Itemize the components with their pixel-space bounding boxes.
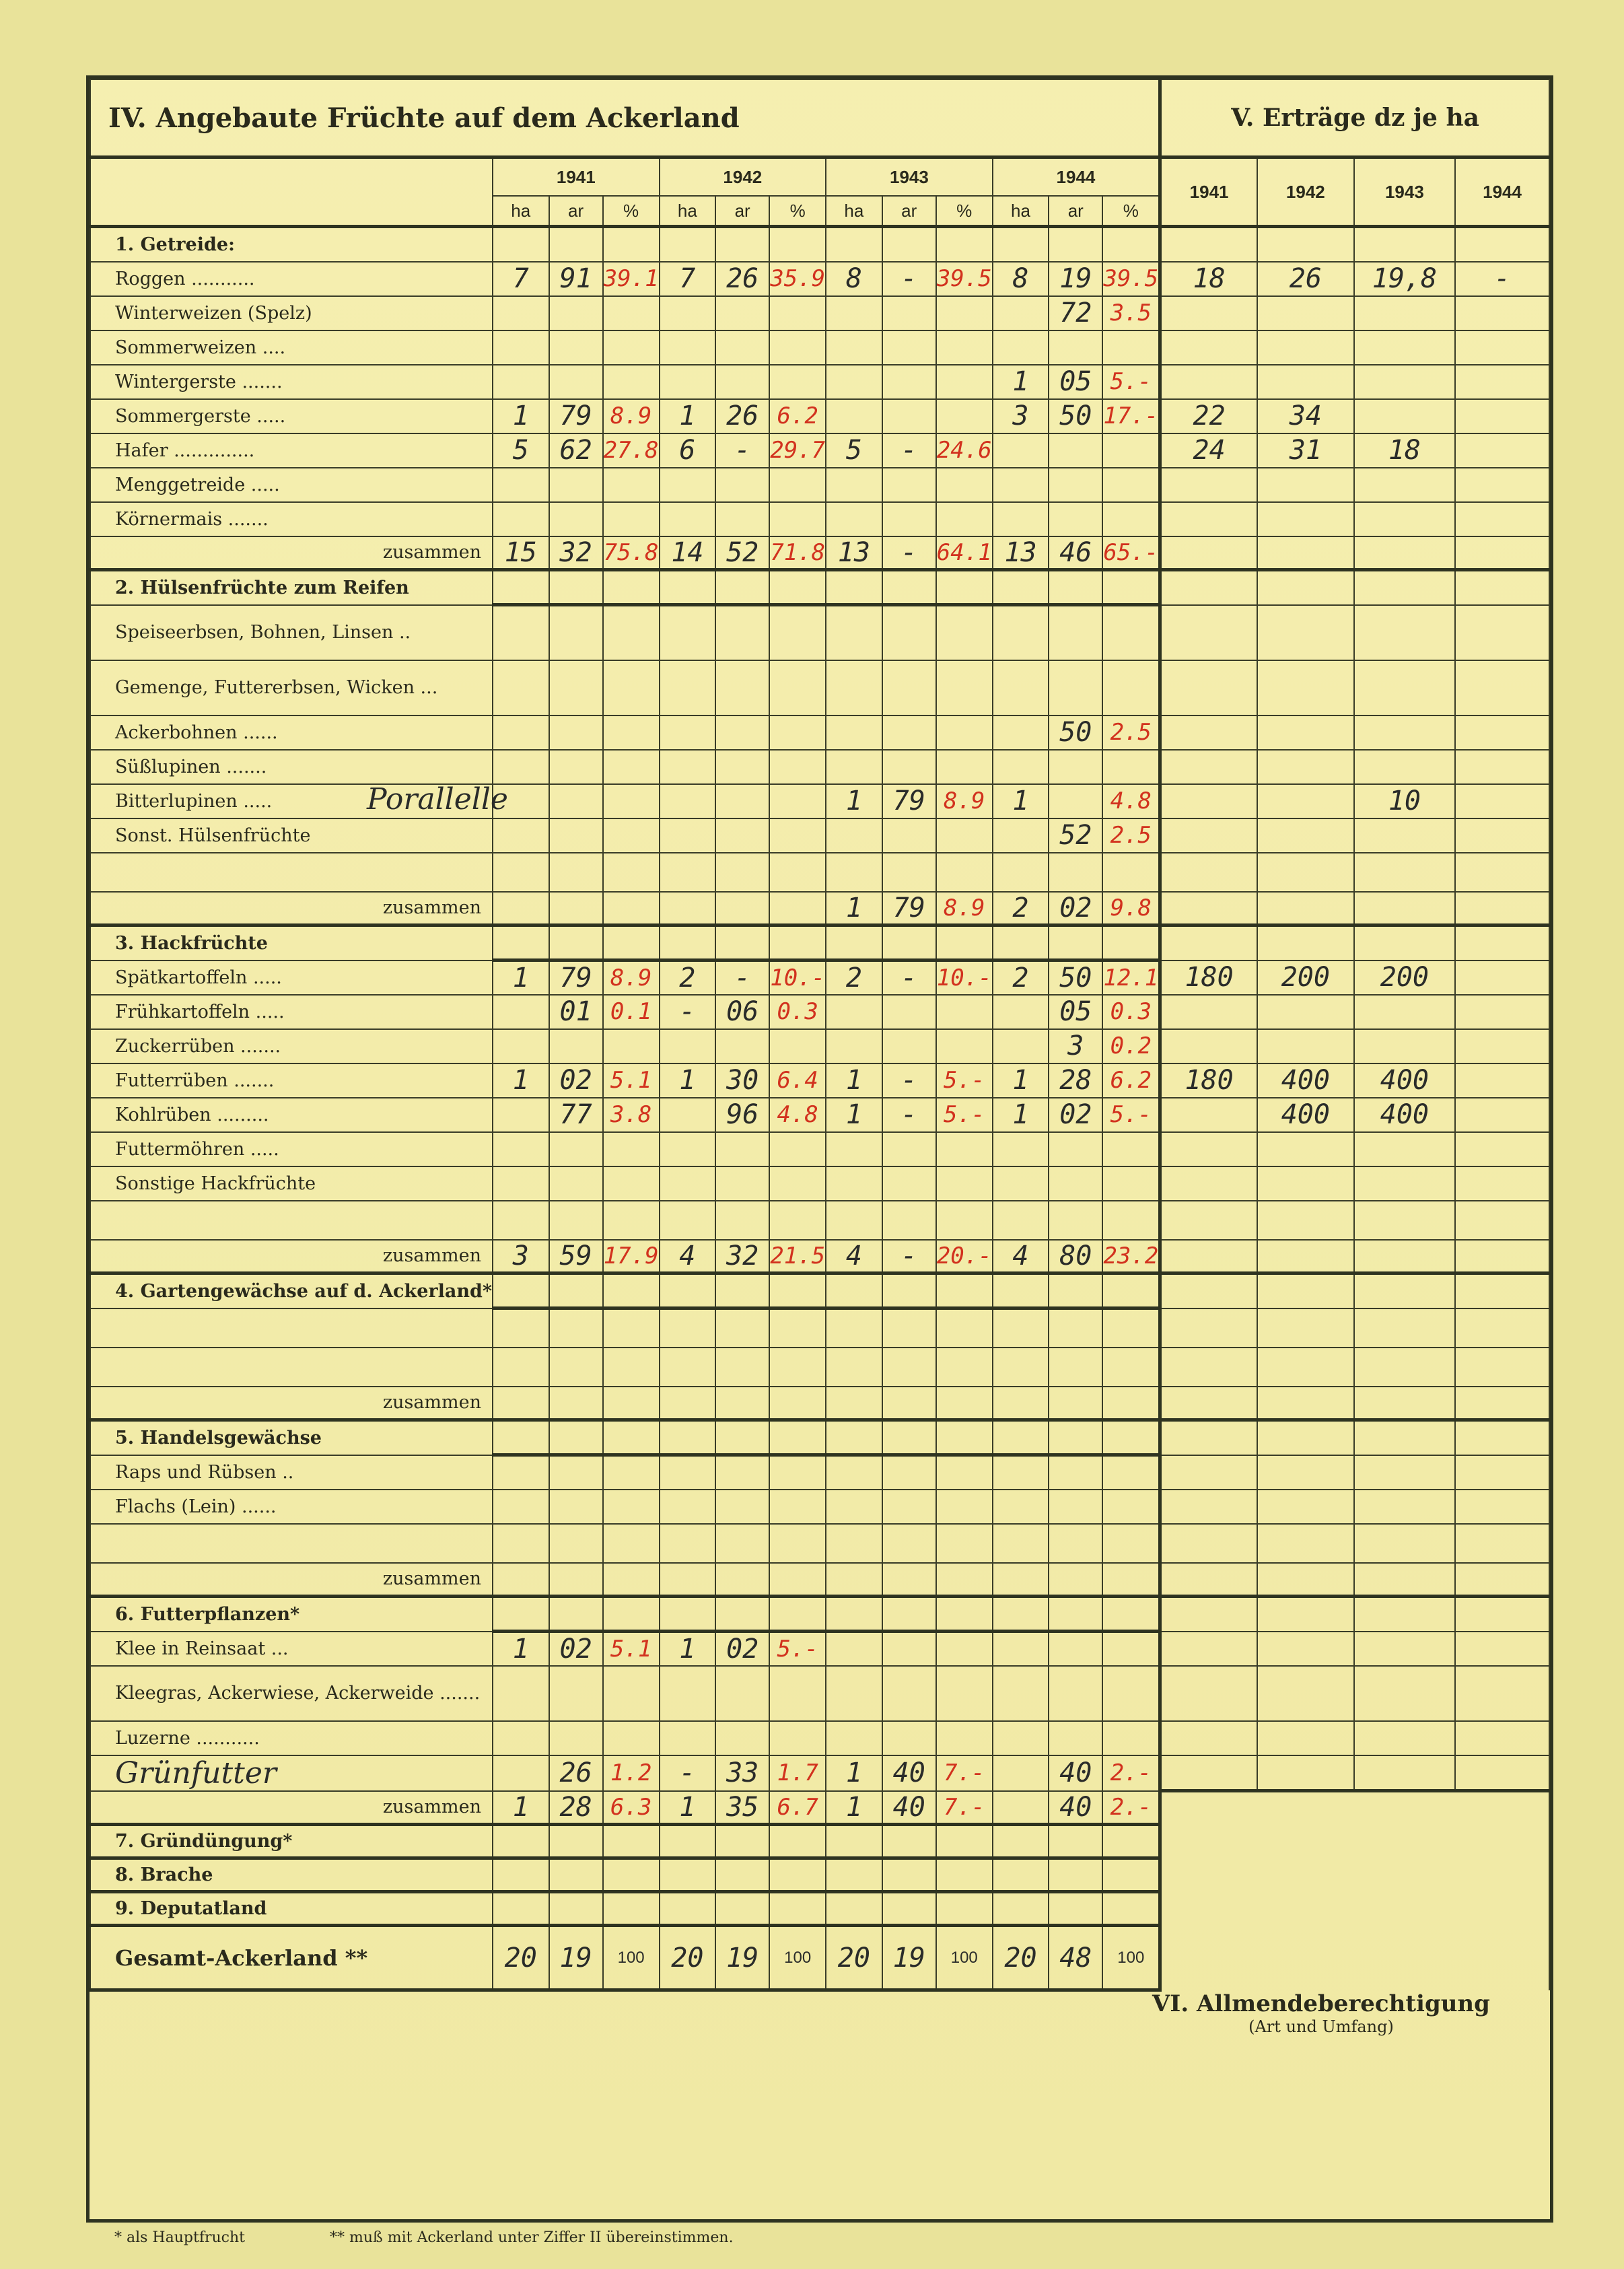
cell-1942-pct[interactable] — [769, 1201, 826, 1240]
cell-1944-ar[interactable] — [1049, 1721, 1102, 1755]
cell-1942-pct[interactable]: 4.8 — [769, 1098, 826, 1132]
cell-1944-ha[interactable] — [993, 995, 1049, 1029]
cell-1941-ar[interactable] — [549, 818, 603, 853]
yield-cell-1941[interactable] — [1160, 365, 1257, 399]
cell-1944-ha[interactable] — [993, 853, 1049, 892]
cell-1941-pct[interactable] — [603, 1892, 660, 1926]
cell-1941-pct[interactable] — [603, 1858, 660, 1892]
cell-1941-ar[interactable] — [549, 1892, 603, 1926]
cell-1942-ha[interactable]: 14 — [660, 536, 716, 570]
cell-1941-pct[interactable] — [603, 715, 660, 750]
cell-1942-pct[interactable] — [769, 605, 826, 660]
cell-1942-ha[interactable]: 1 — [660, 399, 716, 433]
cell-1943-pct[interactable] — [936, 1632, 993, 1666]
yield-cell-1942[interactable]: 200 — [1257, 961, 1354, 995]
cell-1944-pct[interactable]: 4.8 — [1102, 784, 1160, 818]
cell-1943-ha[interactable]: 1 — [826, 1755, 882, 1791]
cell-1943-ar[interactable] — [882, 853, 936, 892]
cell-1942-pct[interactable]: 21.5 — [769, 1240, 826, 1273]
cell-1943-ha[interactable] — [826, 296, 882, 330]
cell-1941-ha[interactable] — [493, 1308, 549, 1348]
cell-1942-pct[interactable]: 5.- — [769, 1632, 826, 1666]
cell-1942-ha[interactable] — [660, 1666, 716, 1721]
cell-1943-ha[interactable] — [826, 365, 882, 399]
cell-1942-ha[interactable] — [660, 1825, 716, 1858]
cell-1944-ar[interactable] — [1049, 1632, 1102, 1666]
cell-1943-pct[interactable] — [936, 1825, 993, 1858]
cell-1943-ar[interactable] — [882, 1597, 936, 1632]
cell-1944-ar[interactable] — [1049, 1348, 1102, 1387]
cell-1942-pct[interactable] — [769, 1524, 826, 1563]
cell-1942-ha[interactable] — [660, 1524, 716, 1563]
cell-1944-pct[interactable] — [1102, 570, 1160, 605]
cell-1944-ar[interactable]: 46 — [1049, 536, 1102, 570]
cell-1944-pct[interactable] — [1102, 926, 1160, 961]
cell-1942-ar[interactable] — [715, 296, 769, 330]
yield-cell-1944[interactable] — [1455, 1721, 1549, 1755]
cell-1943-pct[interactable] — [936, 1387, 993, 1420]
yield-cell-1943[interactable] — [1354, 1029, 1455, 1063]
cell-1943-ar[interactable] — [882, 1420, 936, 1455]
cell-1942-pct[interactable] — [769, 365, 826, 399]
cell-1941-ha[interactable] — [493, 1420, 549, 1455]
yield-cell-1944[interactable] — [1455, 1132, 1549, 1166]
cell-1941-ha[interactable] — [493, 1858, 549, 1892]
cell-1943-ha[interactable]: 1 — [826, 1791, 882, 1825]
cell-1941-ar[interactable] — [549, 1420, 603, 1455]
cell-1943-pct[interactable] — [936, 468, 993, 502]
cell-1943-ar[interactable]: - — [882, 262, 936, 296]
cell-1941-ar[interactable] — [549, 296, 603, 330]
yield-cell-1944[interactable] — [1455, 892, 1549, 926]
cell-1943-ar[interactable]: 19 — [882, 1926, 936, 1990]
cell-1943-ar[interactable] — [882, 1490, 936, 1524]
yield-cell-1943[interactable] — [1354, 1166, 1455, 1201]
cell-1944-ar[interactable] — [1049, 1524, 1102, 1563]
cell-1942-ha[interactable] — [660, 926, 716, 961]
cell-1943-pct[interactable] — [936, 1721, 993, 1755]
yield-cell-1943[interactable] — [1354, 892, 1455, 926]
yield-cell-1941[interactable] — [1160, 1632, 1257, 1666]
cell-1941-ar[interactable]: 91 — [549, 262, 603, 296]
cell-1943-ar[interactable]: 79 — [882, 892, 936, 926]
cell-1942-ar[interactable] — [715, 660, 769, 715]
cell-1941-ha[interactable] — [493, 1132, 549, 1166]
cell-1943-ha[interactable]: 20 — [826, 1926, 882, 1990]
cell-1944-pct[interactable]: 5.- — [1102, 365, 1160, 399]
cell-1942-ar[interactable] — [715, 1387, 769, 1420]
cell-1942-ha[interactable] — [660, 296, 716, 330]
cell-1942-pct[interactable] — [769, 715, 826, 750]
cell-1944-pct[interactable]: 3.5 — [1102, 296, 1160, 330]
cell-1942-ha[interactable] — [660, 570, 716, 605]
cell-1942-ar[interactable] — [715, 1455, 769, 1490]
cell-1943-ar[interactable] — [882, 1666, 936, 1721]
cell-1944-pct[interactable] — [1102, 1563, 1160, 1597]
cell-1941-ha[interactable] — [493, 330, 549, 365]
cell-1943-ha[interactable] — [826, 1524, 882, 1563]
cell-1944-ha[interactable] — [993, 1029, 1049, 1063]
cell-1942-ar[interactable] — [715, 330, 769, 365]
yield-cell-1943[interactable] — [1354, 1455, 1455, 1490]
cell-1941-ar[interactable]: 02 — [549, 1063, 603, 1098]
cell-1942-ar[interactable] — [715, 892, 769, 926]
cell-1944-pct[interactable]: 9.8 — [1102, 892, 1160, 926]
cell-1943-ha[interactable] — [826, 1721, 882, 1755]
yield-cell-1942[interactable] — [1257, 536, 1354, 570]
yield-cell-1941[interactable] — [1160, 1490, 1257, 1524]
cell-1942-ha[interactable]: 1 — [660, 1632, 716, 1666]
cell-1944-pct[interactable]: 65.- — [1102, 536, 1160, 570]
yield-cell-1941[interactable] — [1160, 1455, 1257, 1490]
cell-1944-pct[interactable] — [1102, 1273, 1160, 1308]
cell-1943-pct[interactable]: 8.9 — [936, 784, 993, 818]
cell-1942-ar[interactable]: 19 — [715, 1926, 769, 1990]
yield-cell-1941[interactable] — [1160, 330, 1257, 365]
yield-cell-1944[interactable] — [1455, 365, 1549, 399]
cell-1941-ha[interactable]: 1 — [493, 1791, 549, 1825]
yield-cell-1943[interactable] — [1354, 605, 1455, 660]
cell-1941-ar[interactable]: 77 — [549, 1098, 603, 1132]
cell-1942-pct[interactable] — [769, 1858, 826, 1892]
cell-1942-ha[interactable]: 2 — [660, 961, 716, 995]
cell-1941-ar[interactable] — [549, 1201, 603, 1240]
yield-cell-1944[interactable] — [1455, 784, 1549, 818]
cell-1943-ha[interactable] — [826, 227, 882, 262]
cell-1942-ha[interactable] — [660, 1892, 716, 1926]
yield-cell-1942[interactable] — [1257, 1273, 1354, 1308]
cell-1944-ar[interactable] — [1049, 1892, 1102, 1926]
cell-1943-pct[interactable] — [936, 227, 993, 262]
yield-cell-1942[interactable] — [1257, 1201, 1354, 1240]
cell-1941-ar[interactable] — [549, 227, 603, 262]
yield-cell-1943[interactable] — [1354, 399, 1455, 433]
yield-cell-1944[interactable] — [1455, 1563, 1549, 1597]
yield-cell-1943[interactable] — [1354, 1524, 1455, 1563]
cell-1944-ar[interactable]: 28 — [1049, 1063, 1102, 1098]
yield-cell-1942[interactable] — [1257, 1490, 1354, 1524]
cell-1944-ha[interactable] — [993, 1825, 1049, 1858]
cell-1944-pct[interactable]: 2.5 — [1102, 818, 1160, 853]
cell-1942-ar[interactable] — [715, 1308, 769, 1348]
cell-1944-ha[interactable]: 3 — [993, 399, 1049, 433]
cell-1944-pct[interactable] — [1102, 660, 1160, 715]
cell-1943-ar[interactable] — [882, 1132, 936, 1166]
cell-1941-pct[interactable]: 39.1 — [603, 262, 660, 296]
cell-1941-ha[interactable] — [493, 227, 549, 262]
cell-1944-ar[interactable]: 19 — [1049, 262, 1102, 296]
cell-1942-pct[interactable] — [769, 1348, 826, 1387]
cell-1943-ar[interactable] — [882, 715, 936, 750]
cell-1941-pct[interactable] — [603, 296, 660, 330]
cell-1942-ha[interactable] — [660, 1273, 716, 1308]
cell-1943-ha[interactable]: 1 — [826, 892, 882, 926]
yield-cell-1942[interactable]: 400 — [1257, 1098, 1354, 1132]
cell-1943-ha[interactable] — [826, 1348, 882, 1387]
cell-1942-ar[interactable] — [715, 926, 769, 961]
cell-1941-pct[interactable] — [603, 1455, 660, 1490]
cell-1943-pct[interactable] — [936, 365, 993, 399]
yield-cell-1944[interactable] — [1455, 1420, 1549, 1455]
cell-1941-ar[interactable] — [549, 1273, 603, 1308]
cell-1941-ha[interactable] — [493, 892, 549, 926]
yield-cell-1941[interactable] — [1160, 296, 1257, 330]
yield-cell-1941[interactable] — [1160, 660, 1257, 715]
cell-1944-ar[interactable] — [1049, 1666, 1102, 1721]
yield-cell-1942[interactable] — [1257, 750, 1354, 784]
cell-1941-pct[interactable] — [603, 468, 660, 502]
yield-cell-1943[interactable]: 400 — [1354, 1063, 1455, 1098]
cell-1941-ha[interactable] — [493, 1387, 549, 1420]
cell-1944-pct[interactable]: 2.- — [1102, 1791, 1160, 1825]
cell-1944-ha[interactable] — [993, 1308, 1049, 1348]
yield-cell-1943[interactable] — [1354, 1348, 1455, 1387]
cell-1942-ha[interactable] — [660, 1348, 716, 1387]
cell-1944-pct[interactable] — [1102, 1201, 1160, 1240]
yield-cell-1943[interactable] — [1354, 715, 1455, 750]
cell-1942-pct[interactable] — [769, 1721, 826, 1755]
cell-1941-pct[interactable] — [603, 1490, 660, 1524]
cell-1942-ar[interactable] — [715, 1563, 769, 1597]
yield-cell-1943[interactable] — [1354, 1666, 1455, 1721]
cell-1942-ha[interactable]: 4 — [660, 1240, 716, 1273]
yield-cell-1942[interactable]: 34 — [1257, 399, 1354, 433]
cell-1941-ha[interactable]: 1 — [493, 961, 549, 995]
cell-1943-ar[interactable] — [882, 399, 936, 433]
yield-cell-1944[interactable] — [1455, 502, 1549, 536]
cell-1941-ar[interactable]: 01 — [549, 995, 603, 1029]
cell-1944-ha[interactable] — [993, 296, 1049, 330]
cell-1944-ar[interactable] — [1049, 227, 1102, 262]
cell-1941-ha[interactable] — [493, 1348, 549, 1387]
cell-1941-ar[interactable] — [549, 1563, 603, 1597]
yield-cell-1944[interactable] — [1455, 715, 1549, 750]
cell-1944-ar[interactable]: 48 — [1049, 1926, 1102, 1990]
cell-1942-ar[interactable] — [715, 1666, 769, 1721]
cell-1944-ar[interactable] — [1049, 1273, 1102, 1308]
cell-1944-pct[interactable] — [1102, 1524, 1160, 1563]
cell-1944-ha[interactable] — [993, 605, 1049, 660]
yield-cell-1941[interactable] — [1160, 1240, 1257, 1273]
cell-1941-pct[interactable]: 8.9 — [603, 961, 660, 995]
cell-1943-ar[interactable]: 79 — [882, 784, 936, 818]
cell-1944-pct[interactable]: 6.2 — [1102, 1063, 1160, 1098]
cell-1942-pct[interactable] — [769, 1420, 826, 1455]
cell-1944-ha[interactable] — [993, 1132, 1049, 1166]
cell-1943-pct[interactable] — [936, 1858, 993, 1892]
cell-1941-pct[interactable] — [603, 1825, 660, 1858]
cell-1943-pct[interactable] — [936, 1455, 993, 1490]
yield-cell-1943[interactable] — [1354, 1308, 1455, 1348]
cell-1942-pct[interactable] — [769, 570, 826, 605]
cell-1943-ha[interactable]: 5 — [826, 433, 882, 468]
cell-1943-ar[interactable] — [882, 995, 936, 1029]
cell-1944-ar[interactable] — [1049, 570, 1102, 605]
yield-cell-1944[interactable] — [1455, 1029, 1549, 1063]
cell-1943-pct[interactable] — [936, 1524, 993, 1563]
cell-1943-ar[interactable] — [882, 1524, 936, 1563]
cell-1944-ar[interactable]: 50 — [1049, 399, 1102, 433]
cell-1942-pct[interactable]: 6.4 — [769, 1063, 826, 1098]
cell-1943-ha[interactable]: 1 — [826, 784, 882, 818]
cell-1941-pct[interactable]: 75.8 — [603, 536, 660, 570]
cell-1941-pct[interactable] — [603, 784, 660, 818]
cell-1944-ha[interactable]: 20 — [993, 1926, 1049, 1990]
cell-1942-ha[interactable] — [660, 660, 716, 715]
cell-1942-pct[interactable] — [769, 1563, 826, 1597]
yield-cell-1943[interactable] — [1354, 1132, 1455, 1166]
cell-1941-ha[interactable]: 3 — [493, 1240, 549, 1273]
cell-1942-pct[interactable] — [769, 1308, 826, 1348]
cell-1944-ha[interactable] — [993, 1201, 1049, 1240]
cell-1942-ha[interactable] — [660, 853, 716, 892]
yield-cell-1944[interactable] — [1455, 433, 1549, 468]
cell-1944-ar[interactable]: 40 — [1049, 1791, 1102, 1825]
cell-1943-pct[interactable] — [936, 1273, 993, 1308]
cell-1941-ha[interactable] — [493, 926, 549, 961]
cell-1942-ha[interactable] — [660, 784, 716, 818]
cell-1944-ha[interactable] — [993, 1563, 1049, 1597]
cell-1943-ha[interactable] — [826, 468, 882, 502]
cell-1942-pct[interactable] — [769, 296, 826, 330]
yield-cell-1944[interactable] — [1455, 227, 1549, 262]
cell-1941-ar[interactable]: 28 — [549, 1791, 603, 1825]
yield-cell-1941[interactable] — [1160, 1029, 1257, 1063]
cell-1941-ar[interactable] — [549, 784, 603, 818]
cell-1942-ar[interactable] — [715, 365, 769, 399]
yield-cell-1943[interactable]: 18 — [1354, 433, 1455, 468]
cell-1942-ar[interactable] — [715, 502, 769, 536]
cell-1943-ha[interactable] — [826, 660, 882, 715]
cell-1942-ha[interactable] — [660, 892, 716, 926]
cell-1941-ha[interactable] — [493, 1166, 549, 1201]
yield-cell-1944[interactable] — [1455, 570, 1549, 605]
cell-1944-pct[interactable] — [1102, 853, 1160, 892]
cell-1944-pct[interactable] — [1102, 330, 1160, 365]
cell-1942-ha[interactable] — [660, 1132, 716, 1166]
cell-1944-ha[interactable] — [993, 502, 1049, 536]
yield-cell-1944[interactable]: - — [1455, 262, 1549, 296]
cell-1944-ha[interactable] — [993, 468, 1049, 502]
cell-1944-ar[interactable] — [1049, 1420, 1102, 1455]
cell-1941-ha[interactable] — [493, 660, 549, 715]
yield-cell-1942[interactable] — [1257, 1308, 1354, 1348]
cell-1943-ha[interactable] — [826, 715, 882, 750]
cell-1944-pct[interactable] — [1102, 1632, 1160, 1666]
cell-1941-ha[interactable] — [493, 1201, 549, 1240]
cell-1942-pct[interactable] — [769, 892, 826, 926]
cell-1944-ar[interactable] — [1049, 750, 1102, 784]
cell-1941-ha[interactable] — [493, 853, 549, 892]
cell-1942-ar[interactable]: 26 — [715, 399, 769, 433]
cell-1944-pct[interactable]: 23.2 — [1102, 1240, 1160, 1273]
yield-cell-1942[interactable] — [1257, 1166, 1354, 1201]
cell-1941-pct[interactable] — [603, 1666, 660, 1721]
cell-1941-pct[interactable] — [603, 1029, 660, 1063]
cell-1942-pct[interactable] — [769, 1387, 826, 1420]
cell-1941-ha[interactable] — [493, 1597, 549, 1632]
yield-cell-1942[interactable] — [1257, 784, 1354, 818]
cell-1942-ar[interactable] — [715, 1825, 769, 1858]
cell-1941-ar[interactable] — [549, 1597, 603, 1632]
cell-1941-pct[interactable] — [603, 1524, 660, 1563]
cell-1942-ar[interactable]: 06 — [715, 995, 769, 1029]
cell-1943-ha[interactable] — [826, 1029, 882, 1063]
yield-cell-1944[interactable] — [1455, 1632, 1549, 1666]
cell-1944-ar[interactable] — [1049, 1825, 1102, 1858]
yield-cell-1942[interactable] — [1257, 227, 1354, 262]
cell-1942-ar[interactable] — [715, 853, 769, 892]
cell-1943-ar[interactable] — [882, 365, 936, 399]
yield-cell-1941[interactable] — [1160, 1348, 1257, 1387]
cell-1941-ar[interactable]: 62 — [549, 433, 603, 468]
cell-1942-ar[interactable]: 32 — [715, 1240, 769, 1273]
cell-1943-ar[interactable]: 40 — [882, 1755, 936, 1791]
cell-1942-ar[interactable] — [715, 1166, 769, 1201]
yield-cell-1943[interactable] — [1354, 1563, 1455, 1597]
yield-cell-1942[interactable] — [1257, 468, 1354, 502]
cell-1942-ar[interactable]: - — [715, 433, 769, 468]
yield-cell-1941[interactable]: 22 — [1160, 399, 1257, 433]
cell-1944-pct[interactable]: 17.- — [1102, 399, 1160, 433]
cell-1942-pct[interactable]: 0.3 — [769, 995, 826, 1029]
cell-1942-pct[interactable] — [769, 502, 826, 536]
cell-1944-ha[interactable] — [993, 227, 1049, 262]
cell-1942-pct[interactable] — [769, 1455, 826, 1490]
cell-1943-ha[interactable] — [826, 570, 882, 605]
cell-1944-ar[interactable] — [1049, 502, 1102, 536]
cell-1944-ha[interactable]: 1 — [993, 365, 1049, 399]
cell-1944-ha[interactable]: 1 — [993, 784, 1049, 818]
yield-cell-1944[interactable] — [1455, 1063, 1549, 1098]
cell-1942-ha[interactable]: - — [660, 995, 716, 1029]
yield-cell-1942[interactable] — [1257, 1029, 1354, 1063]
cell-1942-pct[interactable] — [769, 330, 826, 365]
yield-cell-1943[interactable] — [1354, 995, 1455, 1029]
cell-1941-ar[interactable]: 79 — [549, 961, 603, 995]
cell-1944-ar[interactable] — [1049, 468, 1102, 502]
cell-1944-ha[interactable]: 8 — [993, 262, 1049, 296]
cell-1944-ha[interactable] — [993, 1455, 1049, 1490]
cell-1942-pct[interactable] — [769, 468, 826, 502]
cell-1942-pct[interactable] — [769, 1825, 826, 1858]
cell-1941-ha[interactable] — [493, 365, 549, 399]
cell-1944-pct[interactable] — [1102, 1420, 1160, 1455]
cell-1941-ha[interactable] — [493, 468, 549, 502]
cell-1944-ha[interactable] — [993, 715, 1049, 750]
cell-1941-pct[interactable] — [603, 853, 660, 892]
cell-1943-pct[interactable] — [936, 502, 993, 536]
cell-1942-pct[interactable] — [769, 853, 826, 892]
cell-1942-pct[interactable] — [769, 750, 826, 784]
cell-1942-ha[interactable] — [660, 605, 716, 660]
cell-1942-ha[interactable] — [660, 1721, 716, 1755]
cell-1941-pct[interactable] — [603, 330, 660, 365]
cell-1944-ar[interactable]: 72 — [1049, 296, 1102, 330]
cell-1943-ar[interactable] — [882, 750, 936, 784]
cell-1941-ar[interactable] — [549, 1308, 603, 1348]
cell-1944-ha[interactable]: 13 — [993, 536, 1049, 570]
cell-1944-ar[interactable] — [1049, 1387, 1102, 1420]
cell-1942-ha[interactable] — [660, 468, 716, 502]
cell-1941-ha[interactable] — [493, 818, 549, 853]
cell-1943-ha[interactable] — [826, 750, 882, 784]
yield-cell-1943[interactable] — [1354, 1420, 1455, 1455]
cell-1943-pct[interactable] — [936, 750, 993, 784]
cell-1944-ha[interactable] — [993, 1755, 1049, 1791]
yield-cell-1942[interactable] — [1257, 1755, 1354, 1791]
cell-1942-ha[interactable] — [660, 1420, 716, 1455]
